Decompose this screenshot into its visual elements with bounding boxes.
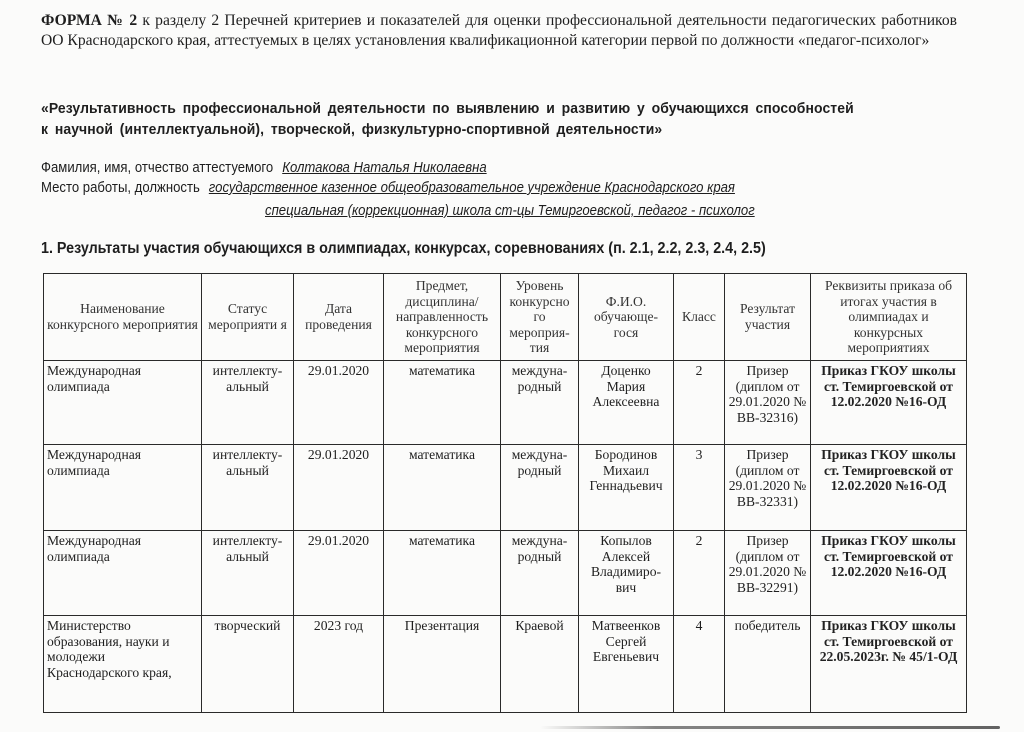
cell-grade: 4 — [674, 616, 725, 713]
scan-artifact-line — [540, 726, 1000, 729]
cell-level: междуна-родный — [501, 531, 579, 616]
cell-status: творческий — [202, 616, 294, 713]
results-table: Наименование конкурсного мероприятия Ста… — [43, 273, 967, 713]
cell-date: 2023 год — [294, 616, 384, 713]
subtitle-line-1: «Результативность профессиональной деяте… — [41, 98, 893, 119]
header-student: Ф.И.О. обучающе-гося — [579, 274, 674, 361]
cell-date: 29.01.2020 — [294, 445, 384, 531]
cell-level: междуна-родный — [501, 445, 579, 531]
header-event-name: Наименование конкурсного мероприятия — [44, 274, 202, 361]
cell-grade: 3 — [674, 445, 725, 531]
fio-label: Фамилия, имя, отчество аттестуемого — [41, 160, 273, 176]
table-row: Международная олимпиада интеллекту-альны… — [44, 361, 967, 445]
cell-grade: 2 — [674, 531, 725, 616]
cell-subject: математика — [384, 361, 501, 445]
cell-status: интеллекту-альный — [202, 445, 294, 531]
subtitle-line-2: к научной (интеллектуальной), творческой… — [41, 119, 893, 140]
table-row: Международная олимпиада интеллекту-альны… — [44, 531, 967, 616]
cell-event-name: Международная олимпиада — [44, 531, 202, 616]
document-page: ФОРМА № 2 к разделу 2 Перечней критериев… — [0, 0, 1024, 732]
workplace-value-line-2: специальная (коррекционная) школа ст-цы … — [265, 203, 755, 219]
cell-student: Доценко Мария Алексеевна — [579, 361, 674, 445]
fio-value: Колтакова Наталья Николаевна — [282, 160, 486, 176]
header-event-status: Статус мероприяти я — [202, 274, 294, 361]
form-intro-text: к разделу 2 Перечней критериев и показат… — [41, 12, 957, 49]
cell-student: Матвеенков Сергей Евгеньевич — [579, 616, 674, 713]
cell-subject: математика — [384, 445, 501, 531]
cell-subject: Презентация — [384, 616, 501, 713]
cell-event-name: Международная олимпиада — [44, 445, 202, 531]
cell-order: Приказ ГКОУ школы ст. Темиргоевской от 1… — [811, 361, 967, 445]
header-date: Дата проведения — [294, 274, 384, 361]
cell-subject: математика — [384, 531, 501, 616]
cell-order: Приказ ГКОУ школы ст. Темиргоевской от 2… — [811, 616, 967, 713]
workplace-value-line-1: государственное казенное общеобразовател… — [209, 180, 735, 196]
cell-order: Приказ ГКОУ школы ст. Темиргоевской от 1… — [811, 445, 967, 531]
workplace-field: Место работы, должностьгосударственное к… — [41, 180, 735, 196]
header-order-details: Реквизиты приказа об итогах участия в ол… — [811, 274, 967, 361]
table-row: Международная олимпиада интеллекту-альны… — [44, 445, 967, 531]
workplace-field-continuation: специальная (коррекционная) школа ст-цы … — [265, 203, 755, 219]
cell-level: Краевой — [501, 616, 579, 713]
document-subtitle: «Результативность профессиональной деяте… — [41, 98, 893, 140]
cell-result: Призер (диплом от 29.01.2020 № ВВ-32316) — [725, 361, 811, 445]
cell-grade: 2 — [674, 361, 725, 445]
header-level: Уровень конкурсно го мероприя-тия — [501, 274, 579, 361]
fio-field: Фамилия, имя, отчество аттестуемогоКолта… — [41, 160, 487, 176]
cell-level: междуна-родный — [501, 361, 579, 445]
table-row: Министерство образования, науки и молоде… — [44, 616, 967, 713]
header-result: Результат участия — [725, 274, 811, 361]
cell-status: интеллекту-альный — [202, 531, 294, 616]
cell-date: 29.01.2020 — [294, 531, 384, 616]
cell-date: 29.01.2020 — [294, 361, 384, 445]
cell-event-name: Министерство образования, науки и молоде… — [44, 616, 202, 713]
cell-order: Приказ ГКОУ школы ст. Темиргоевской от 1… — [811, 531, 967, 616]
form-label: ФОРМА № 2 — [41, 12, 137, 29]
table-header-row: Наименование конкурсного мероприятия Ста… — [44, 274, 967, 361]
cell-result: победитель — [725, 616, 811, 713]
cell-status: интеллекту-альный — [202, 361, 294, 445]
header-grade: Класс — [674, 274, 725, 361]
cell-student: Бородинов Михаил Геннадьевич — [579, 445, 674, 531]
cell-result: Призер (диплом от 29.01.2020 № ВВ-32331) — [725, 445, 811, 531]
section-title: 1. Результаты участия обучающихся в олим… — [41, 240, 766, 258]
cell-student: Копылов Алексей Владимиро-вич — [579, 531, 674, 616]
header-subject: Предмет, дисциплина/ направленность конк… — [384, 274, 501, 361]
cell-event-name: Международная олимпиада — [44, 361, 202, 445]
cell-result: Призер (диплом от 29.01.2020 № ВВ-32291) — [725, 531, 811, 616]
workplace-label: Место работы, должность — [41, 180, 200, 196]
form-intro-paragraph: ФОРМА № 2 к разделу 2 Перечней критериев… — [41, 11, 957, 51]
